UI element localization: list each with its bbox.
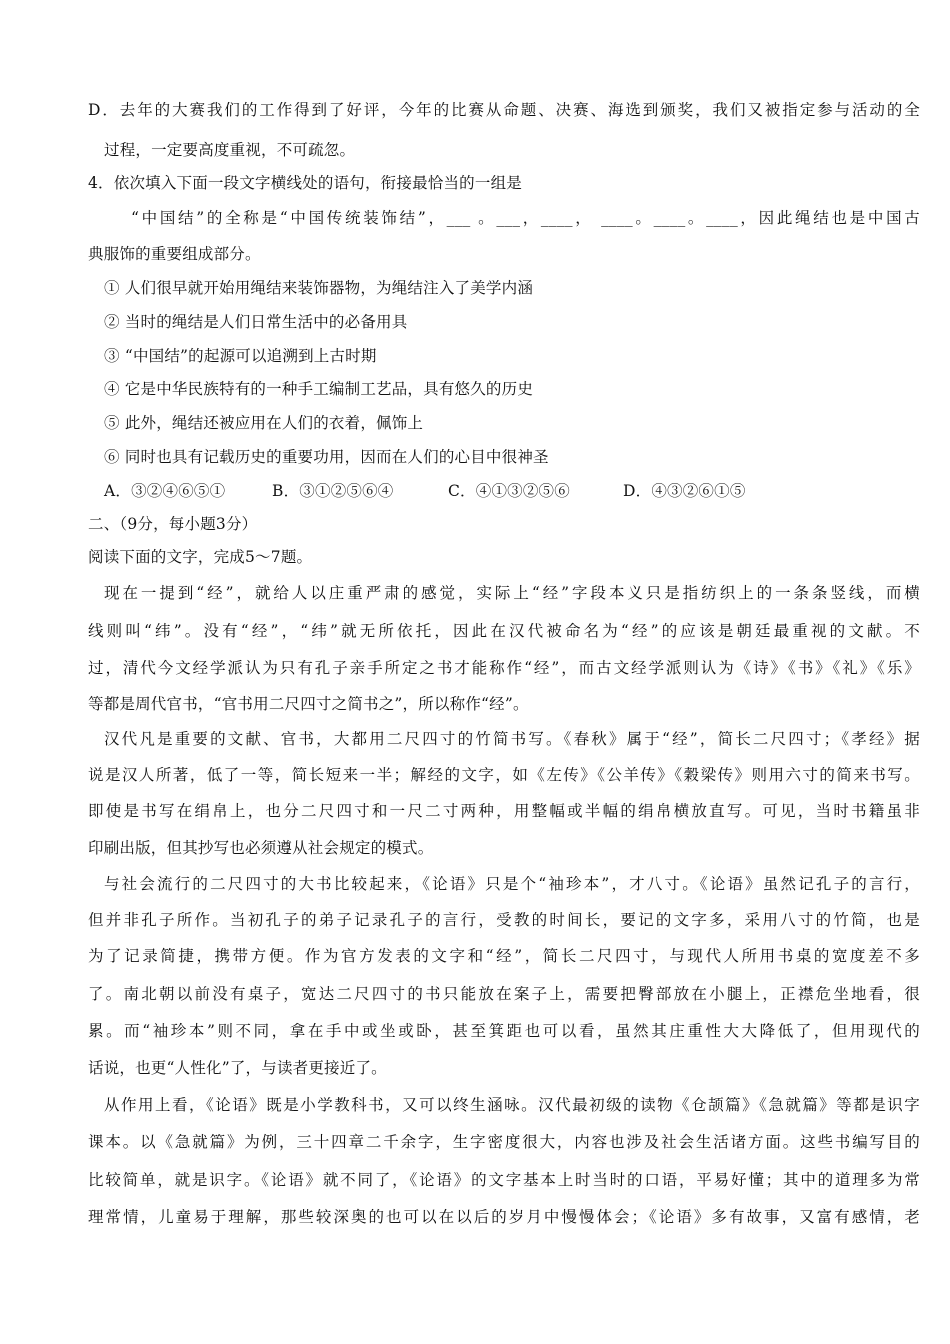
passage-line: 与社会流行的二尺四寸的大书比较起来，《论语》只是个“袖珍本”，才八寸。《论语》虽… bbox=[104, 874, 920, 894]
q4-passage-line-1: “中国结”的全称是“中国传统装饰结”，___ 。___，____， ____。_… bbox=[131, 208, 920, 228]
passage-line: 现在一提到“经”，就给人以庄重严肃的感觉，实际上“经”字段本义只是指纺织上的一条… bbox=[104, 583, 920, 603]
q4-choice-d: D．④③②⑥①⑤ bbox=[623, 481, 746, 501]
passage-line: 说是汉人所著，低了一等，简长短来一半；解经的文字，如《左传》《公羊传》《穀梁传》… bbox=[88, 765, 920, 785]
passage-line: 汉代凡是重要的文献、官书，大都用二尺四寸的竹简书写。《春秋》属于“经”，简长二尺… bbox=[104, 729, 920, 749]
q4-choice-c: C．④①③②⑤⑥ bbox=[448, 481, 570, 501]
passage-line: 话说，也更“人性化”了，与读者更接近了。 bbox=[88, 1058, 387, 1078]
passage-line: 但并非孔子所作。当初孔子的弟子记录孔子的言行，受教的时间长，要记的文字多，采用八… bbox=[88, 910, 920, 930]
q4-sentence-2: ② 当时的绳结是人们日常生活中的必备用具 bbox=[104, 312, 407, 332]
passage-line: 线则叫“纬”。没有“经”，“纬”就无所依托，因此在汉代被命名为“经”的应该是朝廷… bbox=[88, 621, 920, 641]
q3-option-d-line-1: D．去年的大赛我们的工作得到了好评，今年的比赛从命题、决赛、海选到颁奖，我们又被… bbox=[88, 100, 920, 120]
passage-line: 累。而“袖珍本”则不同，拿在手中或坐或卧，甚至箕距也可以看，虽然其庄重性大大降低… bbox=[88, 1021, 920, 1041]
passage-line: 比较简单，就是识字。《论语》就不同了，《论语》的文字基本上时当时的口语，平易好懂… bbox=[88, 1170, 920, 1190]
passage-line: 理常情，儿童易于理解，那些较深奥的也可以在以后的岁月中慢慢体会；《论语》多有故事… bbox=[88, 1207, 920, 1227]
passage-line: 印刷出版，但其抄写也必须遵从社会规定的模式。 bbox=[88, 838, 433, 858]
q4-sentence-3: ③ “中国结”的起源可以追溯到上古时期 bbox=[104, 346, 377, 366]
section-2-instruction: 阅读下面的文字，完成5～7题。 bbox=[88, 547, 312, 567]
q4-stem: 4．依次填入下面一段文字横线处的语句，衔接最恰当的一组是 bbox=[88, 173, 522, 193]
passage-line: 即使是书写在绢帛上，也分二尺四寸和一尺二寸两种，用整幅或半幅的绢帛横放直写。可见… bbox=[88, 801, 920, 821]
passage-line: 了。南北朝以前没有桌子，宽达二尺四寸的书只能放在案子上，需要把臀部放在小腿上，正… bbox=[88, 984, 920, 1004]
exam-page: D．去年的大赛我们的工作得到了好评，今年的比赛从命题、决赛、海选到颁奖，我们又被… bbox=[0, 0, 950, 1344]
q4-sentence-1: ① 人们很早就开始用绳结来装饰器物，为绳结注入了美学内涵 bbox=[104, 278, 533, 298]
q4-sentence-4: ④ 它是中华民族特有的一种手工编制工艺品，具有悠久的历史 bbox=[104, 379, 533, 399]
q4-passage-line-2: 典服饰的重要组成部分。 bbox=[88, 244, 261, 264]
q4-choice-b: B．③①②⑤⑥④ bbox=[272, 481, 394, 501]
passage-line: 从作用上看，《论语》既是小学教科书，又可以终生涵咏。汉代最初级的读物《仓颉篇》《… bbox=[104, 1095, 920, 1115]
q4-sentence-5: ⑤ 此外，绳结还被应用在人们的衣着，佩饰上 bbox=[104, 413, 423, 433]
section-2-heading: 二、（9分，每小题3分） bbox=[88, 514, 257, 534]
passage-line: 等都是周代官书，“官书用二尺四寸之简书之”，所以称作“经”。 bbox=[88, 694, 529, 714]
q3-option-d-line-2: 过程，一定要高度重视，不可疏忽。 bbox=[104, 140, 355, 160]
q4-choice-a: A．③②④⑥⑤① bbox=[104, 481, 225, 501]
passage-line: 为了记录简捷，携带方便。作为官方发表的文字和“经”，简长二尺四寸，与现代人所用书… bbox=[88, 946, 920, 966]
q4-sentence-6: ⑥ 同时也具有记载历史的重要功用，因而在人们的心目中很神圣 bbox=[104, 447, 549, 467]
passage-line: 课本。以《急就篇》为例，三十四章二千余字，生字密度很大，内容也涉及社会生活诸方面… bbox=[88, 1132, 920, 1152]
passage-line: 过，清代今文经学派认为只有孔子亲手所定之书才能称作“经”，而古文经学派则认为《诗… bbox=[88, 658, 920, 678]
